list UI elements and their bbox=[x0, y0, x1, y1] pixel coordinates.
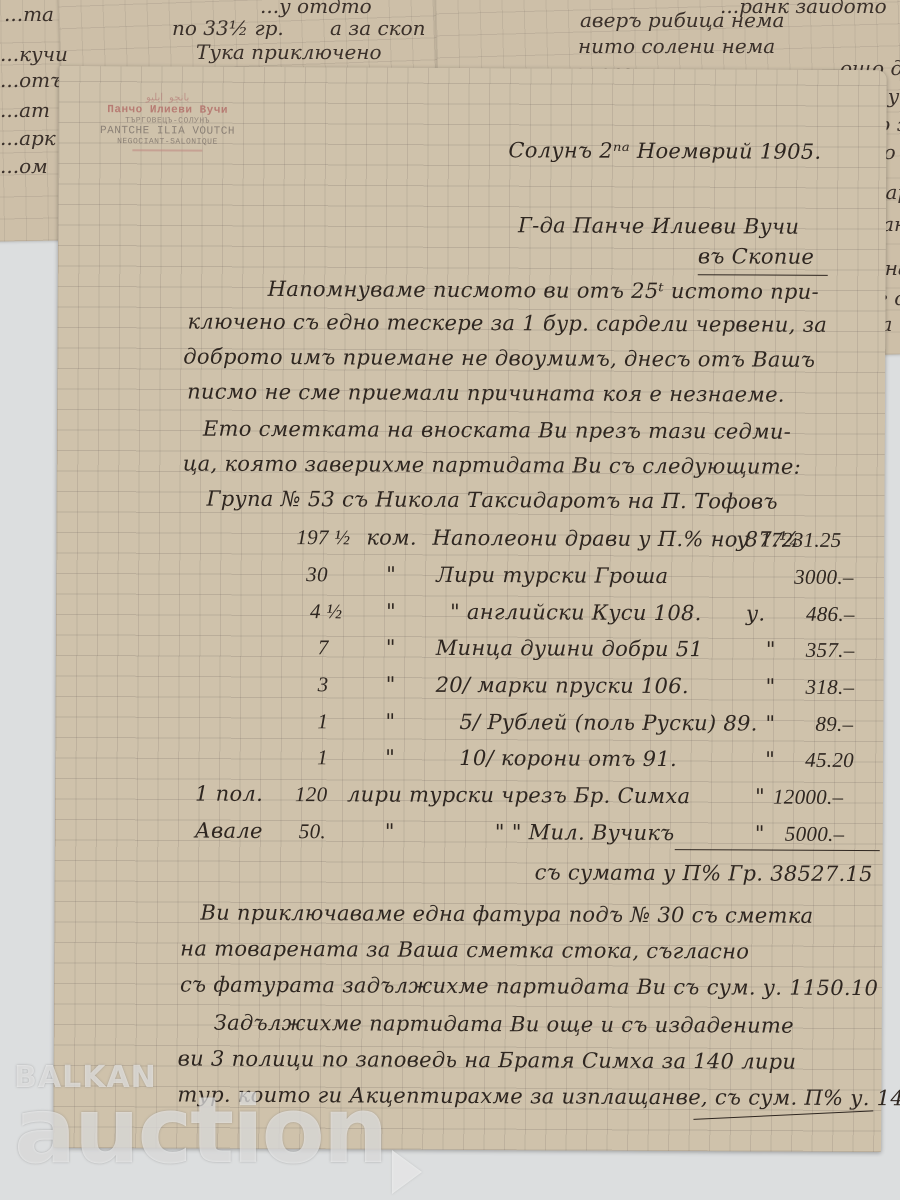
letter-sheet: ﺑﺎﻧﭽﻮ ﺍﻳﻠﻴﻮ Панчо Илиеви Вучи ТЪРГОВЕЦЪ-… bbox=[53, 66, 887, 1152]
addressee-name: Г-да Панче Илиеви Вучи bbox=[518, 213, 799, 238]
group-line: Група № 53 съ Никола Таксидаротъ на П. Т… bbox=[207, 487, 778, 514]
watermark-arrow-icon bbox=[392, 1150, 422, 1194]
total-line: съ сумата у П% Гр. 38527.15 bbox=[535, 860, 873, 886]
signature-flourish bbox=[693, 1110, 873, 1119]
addressee-location: въ Скопие bbox=[698, 244, 814, 269]
address-underline bbox=[698, 274, 828, 276]
ledger-sum-rule bbox=[675, 849, 880, 851]
letterhead-stamp: ﺑﺎﻧﭽﻮ ﺍﻳﻠﻴﻮ Панчо Илиеви Вучи ТЪРГОВЕЦЪ-… bbox=[72, 92, 262, 152]
date-line: Солунъ 2ⁿᵃ Ноемврий 1905. bbox=[508, 138, 821, 164]
stamp-rule bbox=[132, 149, 202, 151]
